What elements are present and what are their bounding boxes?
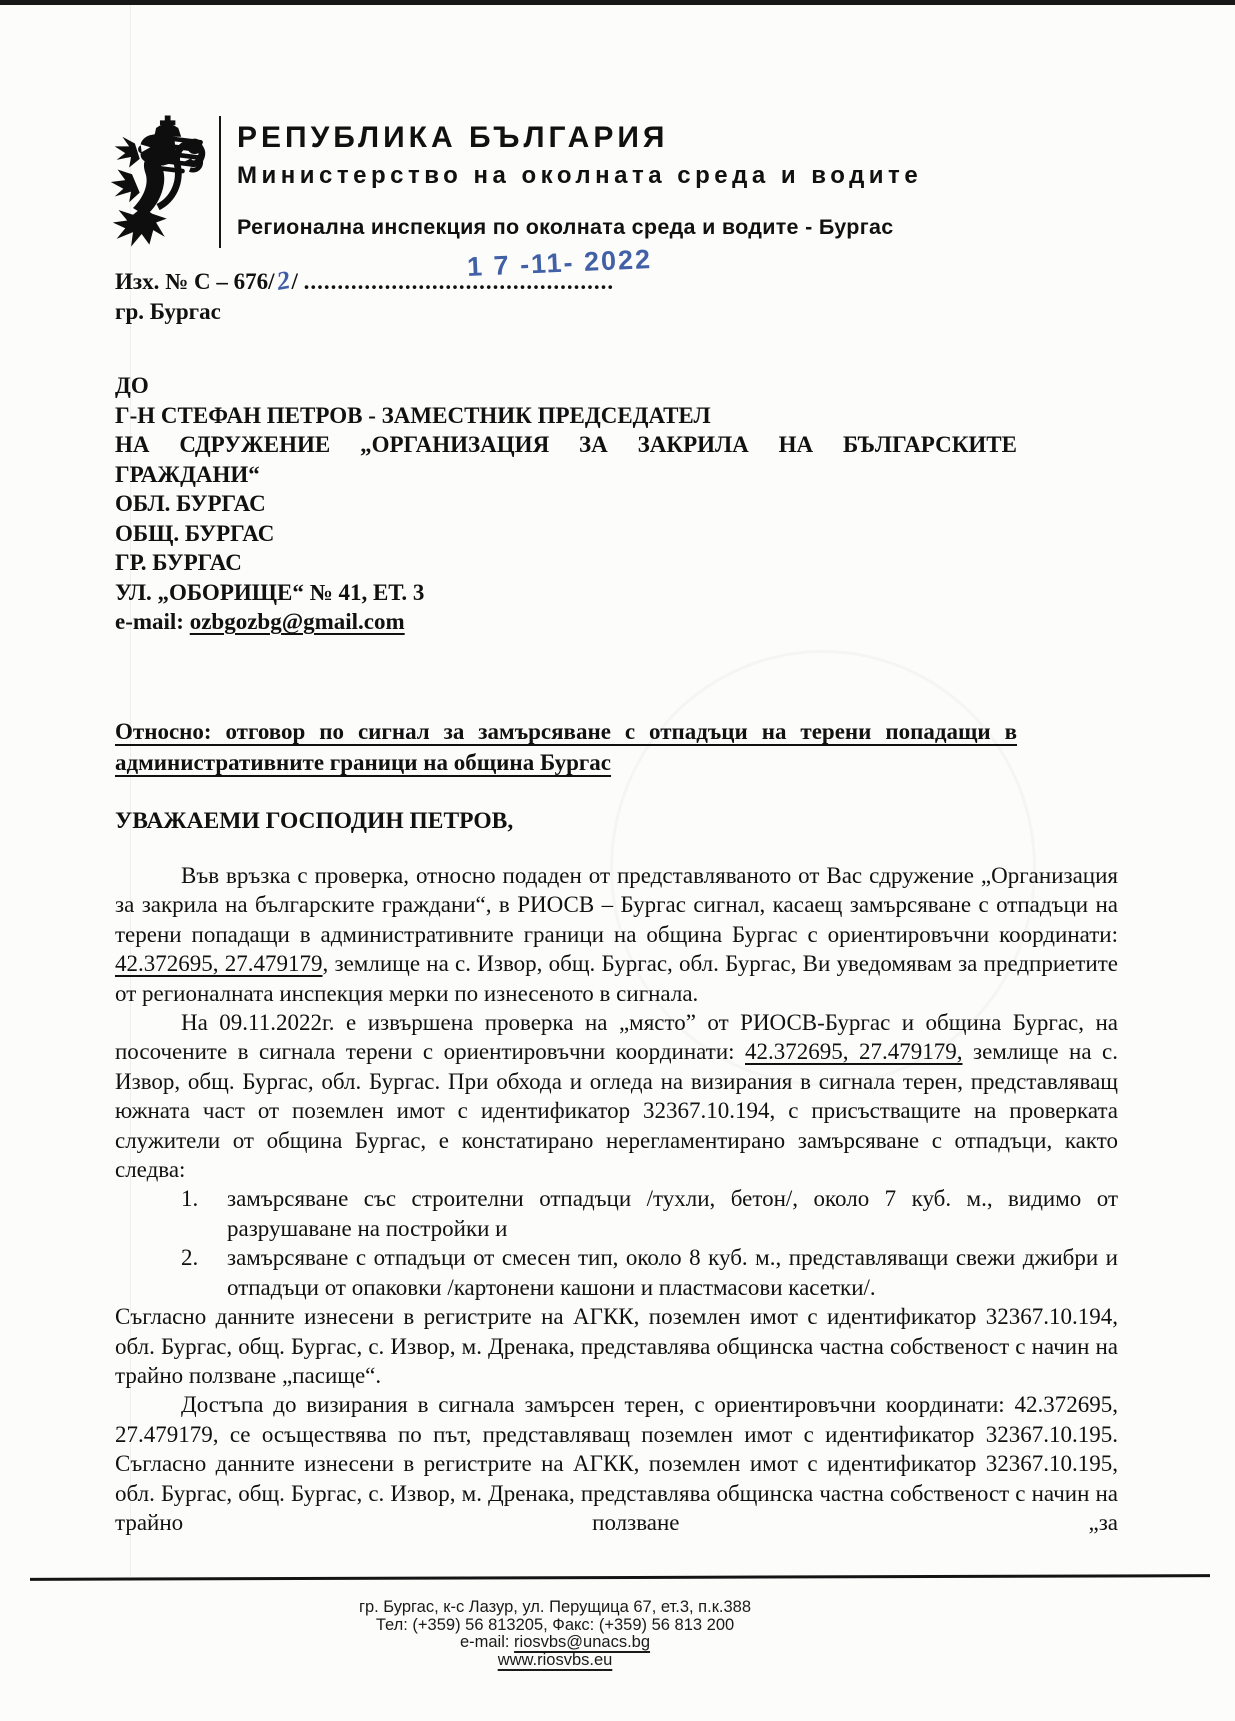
footer-divider (30, 1574, 1210, 1581)
footer-email-link[interactable]: riosvbs@unacs.bg (514, 1633, 650, 1651)
recipient-org-line1: НА СДРУЖЕНИЕ „ОРГАНИЗАЦИЯ ЗА ЗАКРИЛА НА … (115, 430, 1017, 460)
footer-email-label: e-mail: (460, 1633, 514, 1651)
finding-item-1: 1. замърсяване със строителни отпадъци /… (181, 1184, 1118, 1243)
letterhead-inspectorate: Регионална инспекция по околната среда и… (237, 215, 1187, 240)
recipient-street: УЛ. „ОБОРИЩЕ“ № 41, ЕТ. 3 (115, 578, 1017, 608)
footer-phones: Тел: (+359) 56 813205, Факс: (+359) 56 8… (0, 1617, 1110, 1635)
finding-item-2: 2. замърсяване с отпадъци от смесен тип,… (181, 1243, 1118, 1302)
paragraph-4: Достъпа до визирания в сигнала замърсен … (115, 1390, 1118, 1537)
footer-website-line: www.riosvbs.eu (0, 1652, 1110, 1670)
recipient-org-line2: ГРАЖДАНИ“ (115, 460, 1017, 490)
recipient-email-line: e-mail: ozbgozbg@gmail.com (115, 607, 1017, 637)
recipient-email-link[interactable]: ozbgozbg@gmail.com (190, 609, 405, 634)
p1-text: Във връзка с проверка, относно подаден о… (115, 863, 1118, 947)
recipient-block: ДО Г-Н СТЕФАН ПЕТРОВ - ЗАМЕСТНИК ПРЕДСЕД… (115, 371, 1017, 637)
finding-2-number: 2. (181, 1243, 227, 1302)
subject-line: Относно: отговор по сигнал за замърсяван… (115, 716, 1017, 778)
recipient-city: ГР. БУРГАС (115, 548, 1017, 578)
letter-page: РЕПУБЛИКА БЪЛГАРИЯ Министерство на околн… (0, 0, 1235, 1721)
finding-1-text: замърсяване със строителни отпадъци /тух… (227, 1184, 1118, 1243)
letterhead-republic: РЕПУБЛИКА БЪЛГАРИЯ (237, 121, 1187, 155)
header-divider (219, 116, 221, 248)
finding-2-text: замърсяване с отпадъци от смесен тип, ок… (227, 1243, 1118, 1302)
letter-body: Във връзка с проверка, относно подаден о… (115, 861, 1118, 1537)
p2-coordinates: 42.372695, 27.479179, (745, 1039, 963, 1064)
finding-1-number: 1. (181, 1184, 227, 1243)
recipient-name: Г-Н СТЕФАН ПЕТРОВ - ЗАМЕСТНИК ПРЕДСЕДАТЕ… (115, 401, 1017, 431)
paragraph-1: Във връзка с проверка, относно подаден о… (115, 861, 1118, 1008)
ref-number-label: Изх. № С – 676/ (115, 269, 275, 294)
email-label: e-mail: (115, 609, 190, 634)
letterhead-ministry: Министерство на околната среда и водите (237, 162, 1187, 190)
paragraph-2: На 09.11.2022г. е извършена проверка на … (115, 1008, 1118, 1184)
paragraph-3: Съгласно данните изнесени в регистрите н… (115, 1302, 1118, 1390)
salutation: УВАЖАЕМИ ГОСПОДИН ПЕТРОВ, (115, 808, 513, 835)
footer-website-link[interactable]: www.riosvbs.eu (498, 1651, 613, 1669)
recipient-to: ДО (115, 371, 1017, 401)
lion-coat-of-arms-icon (106, 112, 212, 252)
letterhead: РЕПУБЛИКА БЪЛГАРИЯ Министерство на околн… (237, 121, 1187, 240)
p1-coordinates: 42.372695, 27.479179 (115, 951, 323, 976)
footer-block: гр. Бургас, к-с Лазур, ул. Перущица 67, … (0, 1599, 1110, 1669)
recipient-oblast: ОБЛ. БУРГАС (115, 489, 1017, 519)
outgoing-ref-line: Изх. № С – 676/2/ ......................… (115, 266, 965, 296)
scan-edge-artifact (0, 0, 1235, 5)
footer-address: гр. Бургас, к-с Лазур, ул. Перущица 67, … (0, 1599, 1110, 1617)
ref-city: гр. Бургас (115, 299, 221, 325)
footer-email-line: e-mail: riosvbs@unacs.bg (0, 1634, 1110, 1652)
date-stamp: 1 7 -11- 2022 (466, 244, 652, 283)
recipient-municipality: ОБЩ. БУРГАС (115, 519, 1017, 549)
